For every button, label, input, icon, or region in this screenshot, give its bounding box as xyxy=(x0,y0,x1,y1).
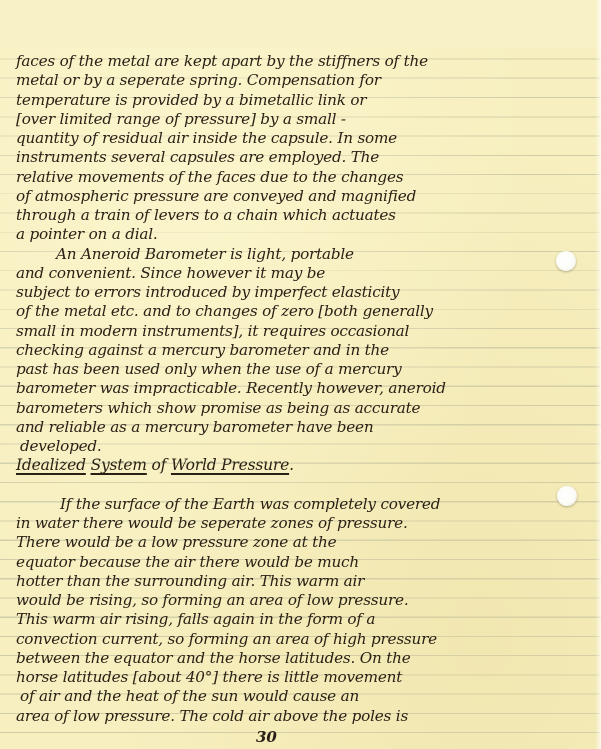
text-line: and convenient. Since however it may be xyxy=(16,264,596,283)
text-line: convection current, so forming an area o… xyxy=(16,630,596,649)
text-line: relative movements of the faces due to t… xyxy=(16,168,596,187)
text-line: barometers which show promise as being a… xyxy=(16,399,596,418)
text-line: hotter than the surrounding air. This wa… xyxy=(16,572,596,591)
text-line: in water there would be seperate zones o… xyxy=(16,514,596,533)
text-line: through a train of levers to a chain whi… xyxy=(16,206,596,225)
text-line: small in modern instruments], it require… xyxy=(16,322,596,341)
text-line: area of low pressure. The cold air above… xyxy=(16,707,596,726)
heading-word: Idealized xyxy=(16,456,86,474)
text-line: If the surface of the Earth was complete… xyxy=(16,495,596,514)
text-line: a pointer on a dial. xyxy=(16,225,596,244)
text-line: of atmospheric pressure are conveyed and… xyxy=(16,187,596,206)
text-line: There would be a low pressure zone at th… xyxy=(16,533,596,552)
text-line: barometer was impracticable. Recently ho… xyxy=(16,379,596,398)
handwritten-text: faces of the metal are kept apart by the… xyxy=(16,52,596,726)
text-line: would be rising, so forming an area of l… xyxy=(16,591,596,610)
text-line: horse latitudes [about 40°] there is lit… xyxy=(16,668,596,687)
text-line: This warm air rising, falls again in the… xyxy=(16,610,596,629)
text-line: metal or by a seperate spring. Compensat… xyxy=(16,71,596,90)
text-line: [over limited range of pressure] by a sm… xyxy=(16,110,596,129)
text-line: developed. xyxy=(16,437,596,456)
heading-word: World Pressure xyxy=(171,456,289,474)
text-line: equator because the air there would be m… xyxy=(16,553,596,572)
text-line: of air and the heat of the sun would cau… xyxy=(16,687,596,706)
text-line: quantity of residual air inside the caps… xyxy=(16,129,596,148)
blank-line xyxy=(16,476,596,495)
page-number: 30 xyxy=(256,728,277,746)
text-line: and reliable as a mercury barometer have… xyxy=(16,418,596,437)
text-line: checking against a mercury barometer and… xyxy=(16,341,596,360)
text-line: faces of the metal are kept apart by the… xyxy=(16,52,596,71)
top-margin xyxy=(0,0,601,48)
heading-period: . xyxy=(289,456,294,474)
text-line: of the metal etc. and to changes of zero… xyxy=(16,302,596,321)
text-line: between the equator and the horse latitu… xyxy=(16,649,596,668)
heading-word: of xyxy=(152,456,167,474)
text-line: instruments several capsules are employe… xyxy=(16,148,596,167)
text-line: An Aneroid Barometer is light, portable xyxy=(16,245,596,264)
notebook-page: faces of the metal are kept apart by the… xyxy=(0,0,601,749)
text-line: past has been used only when the use of … xyxy=(16,360,596,379)
section-heading: Idealized System of World Pressure. xyxy=(16,456,596,475)
heading-word: System xyxy=(91,456,147,474)
text-line: subject to errors introduced by imperfec… xyxy=(16,283,596,302)
text-line: temperature is provided by a bimetallic … xyxy=(16,91,596,110)
